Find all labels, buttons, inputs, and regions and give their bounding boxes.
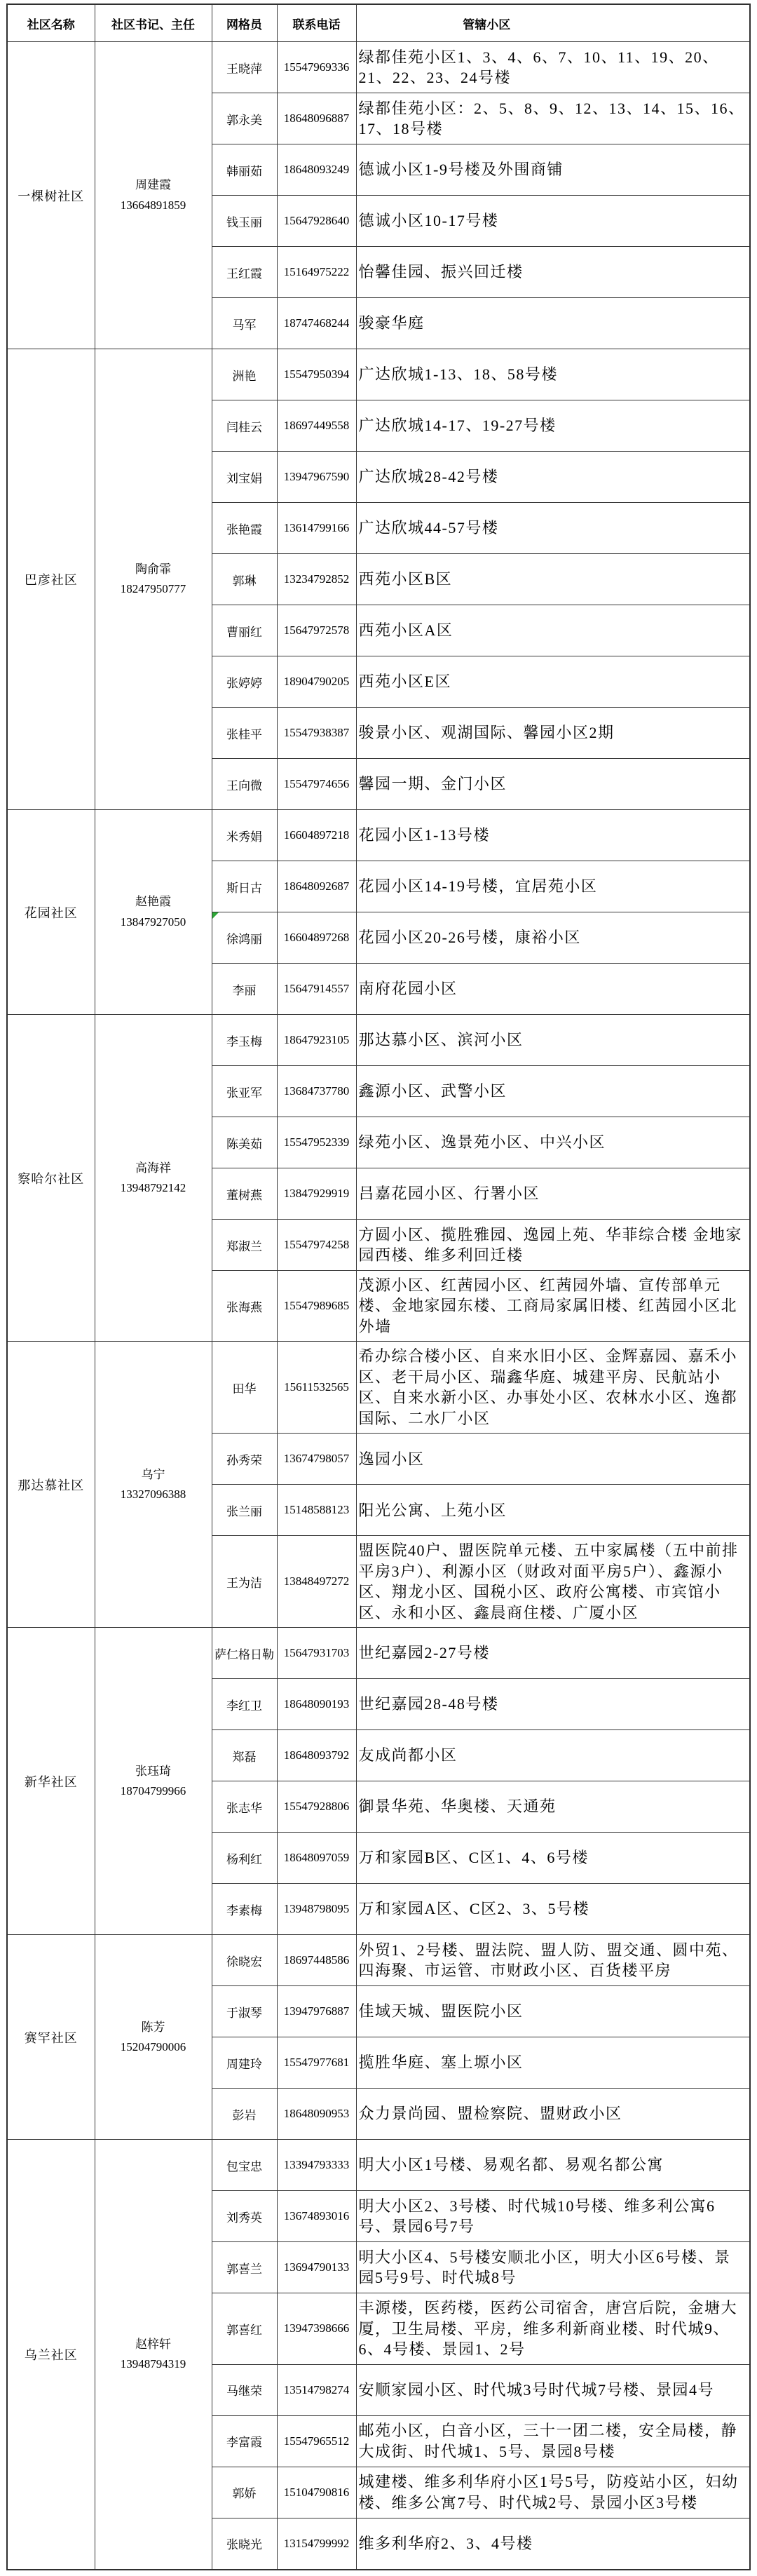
phone-cell: 18697448586 (277, 1935, 356, 1986)
grid-worker-name-cell: 杨利红 (212, 1833, 277, 1884)
areas-cell: 世纪嘉园2-27号楼 (356, 1628, 750, 1679)
areas-cell: 方圆小区、揽胜雅园、逸园上苑、华菲综合楼 金地家园西楼、维多利回迁楼 (356, 1220, 750, 1271)
community-name-cell: 乌兰社区 (7, 2140, 95, 2570)
community-contact-table: 社区名称 社区书记、主任 网格员 联系电话 管辖小区 一棵树社区周建霞13664… (6, 4, 751, 2570)
grid-worker-name-cell: 郭琳 (212, 554, 277, 605)
grid-worker-name-cell: 刘宝娟 (212, 452, 277, 503)
header-community-name: 社区名称 (7, 4, 95, 42)
grid-worker-name-cell: 王晓萍 (212, 42, 277, 93)
grid-worker-name-cell: 包宝忠 (212, 2140, 277, 2191)
grid-worker-name-cell: 王为洁 (212, 1536, 277, 1628)
areas-cell: 茂源小区、红茜园小区、红茜园外墙、宣传部单元楼、金地家园东楼、工商局家属旧楼、红… (356, 1271, 750, 1342)
phone-cell: 15547950394 (277, 349, 356, 400)
secretary-name: 周建霞 (97, 175, 210, 195)
grid-worker-name-cell: 马继荣 (212, 2364, 277, 2415)
grid-worker-name-cell: 郭喜红 (212, 2293, 277, 2364)
areas-cell: 西苑小区E区 (356, 656, 750, 708)
areas-cell: 怡馨佳园、振兴回迁楼 (356, 247, 750, 298)
phone-cell: 18747468244 (277, 298, 356, 349)
phone-cell: 15547928806 (277, 1781, 356, 1833)
grid-worker-name-cell: 刘秀英 (212, 2191, 277, 2242)
secretary-phone: 13664891859 (97, 196, 210, 215)
header-grid-worker: 网格员 (212, 4, 277, 42)
phone-cell: 13234792852 (277, 554, 356, 605)
grid-worker-name-cell: 周建玲 (212, 2037, 277, 2089)
areas-cell: 丰源楼，医药楼，医药公司宿舍，唐宫后院，金塘大厦，卫生局楼、平房，维多利新商业楼… (356, 2293, 750, 2364)
phone-cell: 18648092687 (277, 861, 356, 912)
secretary-phone: 13847927050 (97, 912, 210, 932)
grid-worker-name-cell: 董树燕 (212, 1168, 277, 1220)
secretary-name: 赵梓轩 (97, 2335, 210, 2354)
secretary-cell: 陶俞霏18247950777 (95, 349, 212, 810)
phone-cell: 15647928640 (277, 196, 356, 247)
grid-worker-name-cell: 韩丽茹 (212, 144, 277, 196)
secretary-name: 陈芳 (97, 2018, 210, 2037)
areas-cell: 明大小区1号楼、易观名都、易观名都公寓 (356, 2140, 750, 2191)
areas-cell: 明大小区4、5号楼安顺北小区，明大小区6号楼、景园5号9号、时代城8号 (356, 2242, 750, 2293)
header-secretary: 社区书记、主任 (95, 4, 212, 42)
grid-worker-name-cell: 斯日古 (212, 861, 277, 912)
phone-cell: 15547989685 (277, 1271, 356, 1342)
secretary-cell: 乌宁13327096388 (95, 1342, 212, 1628)
areas-cell: 佳域天城、盟医院小区 (356, 1986, 750, 2037)
phone-cell: 15547974656 (277, 759, 356, 810)
phone-cell: 13394793333 (277, 2140, 356, 2191)
grid-worker-name-cell: 徐晓宏 (212, 1935, 277, 1986)
phone-cell: 15611532565 (277, 1342, 356, 1434)
areas-cell: 友成尚都小区 (356, 1730, 750, 1781)
areas-cell: 万和家园B区、C区1、4、6号楼 (356, 1833, 750, 1884)
phone-cell: 15547969336 (277, 42, 356, 93)
phone-cell: 13947976887 (277, 1986, 356, 2037)
secretary-name: 赵艳霞 (97, 892, 210, 912)
phone-cell: 13614799166 (277, 503, 356, 554)
areas-cell: 绿都佳苑小区1、3、4、6、7、10、11、19、20、21、22、23、24号… (356, 42, 750, 93)
grid-worker-name-cell: 曹丽红 (212, 605, 277, 656)
community-name-cell: 新华社区 (7, 1628, 95, 1935)
grid-worker-name-cell: 李丽 (212, 964, 277, 1015)
grid-worker-name-cell: 钱玉丽 (212, 196, 277, 247)
areas-cell: 吕嘉花园小区、行署小区 (356, 1168, 750, 1220)
grid-worker-name-cell: 张婷婷 (212, 656, 277, 708)
table-row: 花园社区赵艳霞13847927050米秀娟16604897218花园小区1-13… (7, 810, 750, 861)
areas-cell: 广达欣城28-42号楼 (356, 452, 750, 503)
areas-cell: 骏豪华庭 (356, 298, 750, 349)
table-header: 社区名称 社区书记、主任 网格员 联系电话 管辖小区 (7, 4, 750, 42)
phone-cell: 13848497272 (277, 1536, 356, 1628)
secretary-name: 乌宁 (97, 1465, 210, 1485)
phone-cell: 18648097059 (277, 1833, 356, 1884)
secretary-cell: 周建霞13664891859 (95, 42, 212, 349)
secretary-name: 张珏琦 (97, 1762, 210, 1781)
header-row: 社区名称 社区书记、主任 网格员 联系电话 管辖小区 (7, 4, 750, 42)
grid-worker-name-cell: 郑磊 (212, 1730, 277, 1781)
areas-cell: 广达欣城1-13、18、58号楼 (356, 349, 750, 400)
grid-worker-name-cell: 孙秀荣 (212, 1434, 277, 1485)
areas-cell: 明大小区2、3号楼、时代城10号楼、维多利公寓6号、景园6号7号 (356, 2191, 750, 2242)
grid-worker-name-cell: 张兰丽 (212, 1485, 277, 1536)
grid-worker-name-cell: 洲艳 (212, 349, 277, 400)
grid-worker-name-cell: 张志华 (212, 1781, 277, 1833)
table-row: 赛罕社区陈芳15204790006徐晓宏18697448586外贸1、2号楼、盟… (7, 1935, 750, 1986)
grid-worker-name-cell: 李富霞 (212, 2415, 277, 2467)
grid-worker-name-cell: 彭岩 (212, 2089, 277, 2140)
secretary-cell: 高海祥13948792142 (95, 1015, 212, 1342)
areas-cell: 那达慕小区、滨河小区 (356, 1015, 750, 1066)
areas-cell: 南府花园小区 (356, 964, 750, 1015)
areas-cell: 世纪嘉园28-48号楼 (356, 1679, 750, 1730)
secretary-phone: 18704799966 (97, 1781, 210, 1801)
grid-worker-name-cell: 王向微 (212, 759, 277, 810)
phone-cell: 13674798057 (277, 1434, 356, 1485)
secretary-phone: 13327096388 (97, 1485, 210, 1504)
phone-cell: 18648093792 (277, 1730, 356, 1781)
grid-worker-name-cell: 张桂平 (212, 708, 277, 759)
phone-cell: 16604897218 (277, 810, 356, 861)
areas-cell: 外贸1、2号楼、盟法院、盟人防、盟交通、圆中苑、四海聚、市运管、市财政小区、百货… (356, 1935, 750, 1986)
header-phone: 联系电话 (277, 4, 356, 42)
areas-cell: 广达欣城44-57号楼 (356, 503, 750, 554)
grid-worker-name-cell: 李红卫 (212, 1679, 277, 1730)
secretary-phone: 18247950777 (97, 579, 210, 599)
phone-cell: 15647931703 (277, 1628, 356, 1679)
table-row: 巴彦社区陶俞霏18247950777洲艳15547950394广达欣城1-13、… (7, 349, 750, 400)
phone-cell: 18648090193 (277, 1679, 356, 1730)
header-areas: 管辖小区 (356, 4, 750, 42)
phone-cell: 13947398666 (277, 2293, 356, 2364)
areas-cell: 鑫源小区、武警小区 (356, 1066, 750, 1117)
areas-cell: 维多利华府2、3、4号楼 (356, 2518, 750, 2570)
phone-cell: 13154799992 (277, 2518, 356, 2570)
table-row: 新华社区张珏琦18704799966萨仁格日勒15647931703世纪嘉园2-… (7, 1628, 750, 1679)
table-row: 那达慕社区乌宁13327096388田华15611532565希办综合楼小区、自… (7, 1342, 750, 1434)
phone-cell: 15148588123 (277, 1485, 356, 1536)
areas-cell: 邮苑小区，白音小区，三十一团二楼，安全局楼，静大成街、时代城1、5号、景园8号楼 (356, 2415, 750, 2467)
areas-cell: 御景华苑、华奥楼、天通苑 (356, 1781, 750, 1833)
phone-cell: 13514798274 (277, 2364, 356, 2415)
grid-worker-name-cell: 郭喜兰 (212, 2242, 277, 2293)
community-name-cell: 一棵树社区 (7, 42, 95, 349)
grid-worker-name-cell: 郑淑兰 (212, 1220, 277, 1271)
grid-worker-name-cell: 张亚军 (212, 1066, 277, 1117)
grid-worker-name-cell: 张海燕 (212, 1271, 277, 1342)
excel-corner-marker-icon (212, 912, 219, 919)
phone-cell: 18697449558 (277, 400, 356, 452)
community-name-cell: 那达慕社区 (7, 1342, 95, 1628)
areas-cell: 绿苑小区、逸景苑小区、中兴小区 (356, 1117, 750, 1168)
phone-cell: 13674893016 (277, 2191, 356, 2242)
phone-cell: 18647923105 (277, 1015, 356, 1066)
grid-worker-name-cell: 米秀娟 (212, 810, 277, 861)
secretary-cell: 赵艳霞13847927050 (95, 810, 212, 1015)
table-row: 一棵树社区周建霞13664891859王晓萍15547969336绿都佳苑小区1… (7, 42, 750, 93)
grid-worker-name-cell: 郭永美 (212, 93, 277, 144)
phone-cell: 13694790133 (277, 2242, 356, 2293)
areas-cell: 安顺家园小区、时代城3号时代城7号楼、景园4号 (356, 2364, 750, 2415)
phone-cell: 16604897268 (277, 912, 356, 964)
secretary-name: 陶俞霏 (97, 560, 210, 579)
grid-worker-name-cell: 张艳霞 (212, 503, 277, 554)
areas-cell: 骏景小区、观湖国际、馨园小区2期 (356, 708, 750, 759)
phone-cell: 18648096887 (277, 93, 356, 144)
grid-worker-name-cell: 马军 (212, 298, 277, 349)
phone-cell: 15104790816 (277, 2467, 356, 2518)
areas-cell: 揽胜华庭、塞上塬小区 (356, 2037, 750, 2089)
grid-worker-name-cell: 萨仁格日勒 (212, 1628, 277, 1679)
phone-cell: 18648090953 (277, 2089, 356, 2140)
community-name-cell: 花园社区 (7, 810, 95, 1015)
phone-cell: 15164975222 (277, 247, 356, 298)
community-name-cell: 赛罕社区 (7, 1935, 95, 2140)
phone-cell: 15547977681 (277, 2037, 356, 2089)
areas-cell: 花园小区20-26号楼，康裕小区 (356, 912, 750, 964)
areas-cell: 希办综合楼小区、自来水旧小区、金辉嘉园、嘉禾小区、老干局小区、瑞鑫华庭、城建平房… (356, 1342, 750, 1434)
secretary-phone: 13948794319 (97, 2354, 210, 2374)
grid-worker-name-cell: 徐鸿丽 (212, 912, 277, 964)
table-body: 一棵树社区周建霞13664891859王晓萍15547969336绿都佳苑小区1… (7, 42, 750, 2570)
areas-cell: 盟医院40户、盟医院单元楼、五中家属楼（五中前排平房3户）、利源小区（财政对面平… (356, 1536, 750, 1628)
phone-cell: 13947967590 (277, 452, 356, 503)
phone-cell: 15547965512 (277, 2415, 356, 2467)
phone-cell: 15647972578 (277, 605, 356, 656)
secretary-cell: 张珏琦18704799966 (95, 1628, 212, 1935)
phone-cell: 18648093249 (277, 144, 356, 196)
phone-cell: 15547974258 (277, 1220, 356, 1271)
table-row: 乌兰社区赵梓轩13948794319包宝忠13394793333明大小区1号楼、… (7, 2140, 750, 2191)
phone-cell: 15647914557 (277, 964, 356, 1015)
secretary-phone: 13948792142 (97, 1178, 210, 1198)
areas-cell: 德诚小区10-17号楼 (356, 196, 750, 247)
grid-worker-name-cell: 郭娇 (212, 2467, 277, 2518)
grid-worker-name-cell: 李玉梅 (212, 1015, 277, 1066)
phone-cell: 13847929919 (277, 1168, 356, 1220)
areas-cell: 德诚小区1-9号楼及外围商铺 (356, 144, 750, 196)
phone-cell: 18904790205 (277, 656, 356, 708)
areas-cell: 绿都佳苑小区：2、5、8、9、12、13、14、15、16、17、18号楼 (356, 93, 750, 144)
secretary-name: 高海祥 (97, 1159, 210, 1178)
secretary-cell: 陈芳15204790006 (95, 1935, 212, 2140)
phone-cell: 13684737780 (277, 1066, 356, 1117)
areas-cell: 城建楼、维多利华府小区1号5号，防疫站小区，妇幼楼、维多公寓7号、时代城2号、景… (356, 2467, 750, 2518)
table-row: 察哈尔社区高海祥13948792142李玉梅18647923105那达慕小区、滨… (7, 1015, 750, 1066)
areas-cell: 花园小区14-19号楼，宜居苑小区 (356, 861, 750, 912)
phone-cell: 15547938387 (277, 708, 356, 759)
grid-worker-name-cell: 张晓光 (212, 2518, 277, 2570)
grid-worker-name-cell: 于淑琴 (212, 1986, 277, 2037)
community-name-cell: 巴彦社区 (7, 349, 95, 810)
grid-worker-name-cell: 王红霞 (212, 247, 277, 298)
areas-cell: 西苑小区B区 (356, 554, 750, 605)
community-contact-sheet: 社区名称 社区书记、主任 网格员 联系电话 管辖小区 一棵树社区周建霞13664… (0, 0, 751, 2576)
grid-worker-name-cell: 田华 (212, 1342, 277, 1434)
phone-cell: 13948798095 (277, 1884, 356, 1935)
grid-worker-name-cell: 闫桂云 (212, 400, 277, 452)
secretary-phone: 15204790006 (97, 2037, 210, 2057)
areas-cell: 逸园小区 (356, 1434, 750, 1485)
areas-cell: 阳光公寓、上苑小区 (356, 1485, 750, 1536)
grid-worker-name-cell: 李素梅 (212, 1884, 277, 1935)
areas-cell: 馨园一期、金门小区 (356, 759, 750, 810)
areas-cell: 花园小区1-13号楼 (356, 810, 750, 861)
areas-cell: 广达欣城14-17、19-27号楼 (356, 400, 750, 452)
community-name-cell: 察哈尔社区 (7, 1015, 95, 1342)
grid-worker-name-cell: 陈美茹 (212, 1117, 277, 1168)
areas-cell: 西苑小区A区 (356, 605, 750, 656)
areas-cell: 万和家园A区、C区2、3、5号楼 (356, 1884, 750, 1935)
secretary-cell: 赵梓轩13948794319 (95, 2140, 212, 2570)
phone-cell: 15547952339 (277, 1117, 356, 1168)
areas-cell: 众力景尚园、盟检察院、盟财政小区 (356, 2089, 750, 2140)
